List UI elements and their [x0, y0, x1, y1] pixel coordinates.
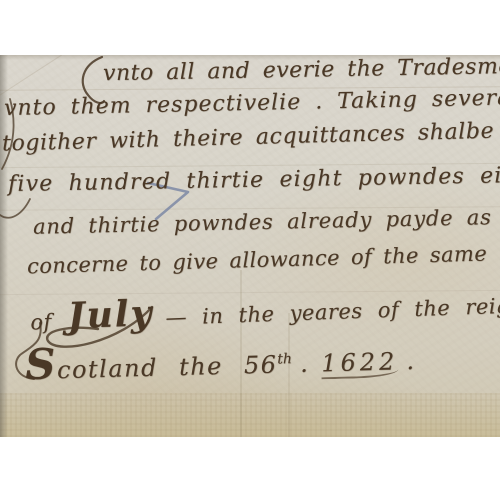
terminal-dot: .: [406, 347, 416, 375]
photo-frame: vnto all and everie the Tradesmen Arti v…: [0, 0, 500, 500]
manuscript-photo: vnto all and everie the Tradesmen Arti v…: [0, 55, 500, 437]
word-july: July: [67, 292, 154, 337]
year-1622: 1622: [321, 347, 399, 379]
separator-dot: .: [300, 350, 310, 378]
line-text: Scotland the 56: [24, 334, 277, 390]
ordinal-suffix: th: [277, 351, 292, 367]
word-of: of: [30, 310, 52, 335]
margin-flourish-lower: [0, 195, 32, 221]
parchment-texture-band: [0, 393, 500, 437]
manuscript-line-8: Scotland the 56th.1622.: [24, 330, 415, 389]
